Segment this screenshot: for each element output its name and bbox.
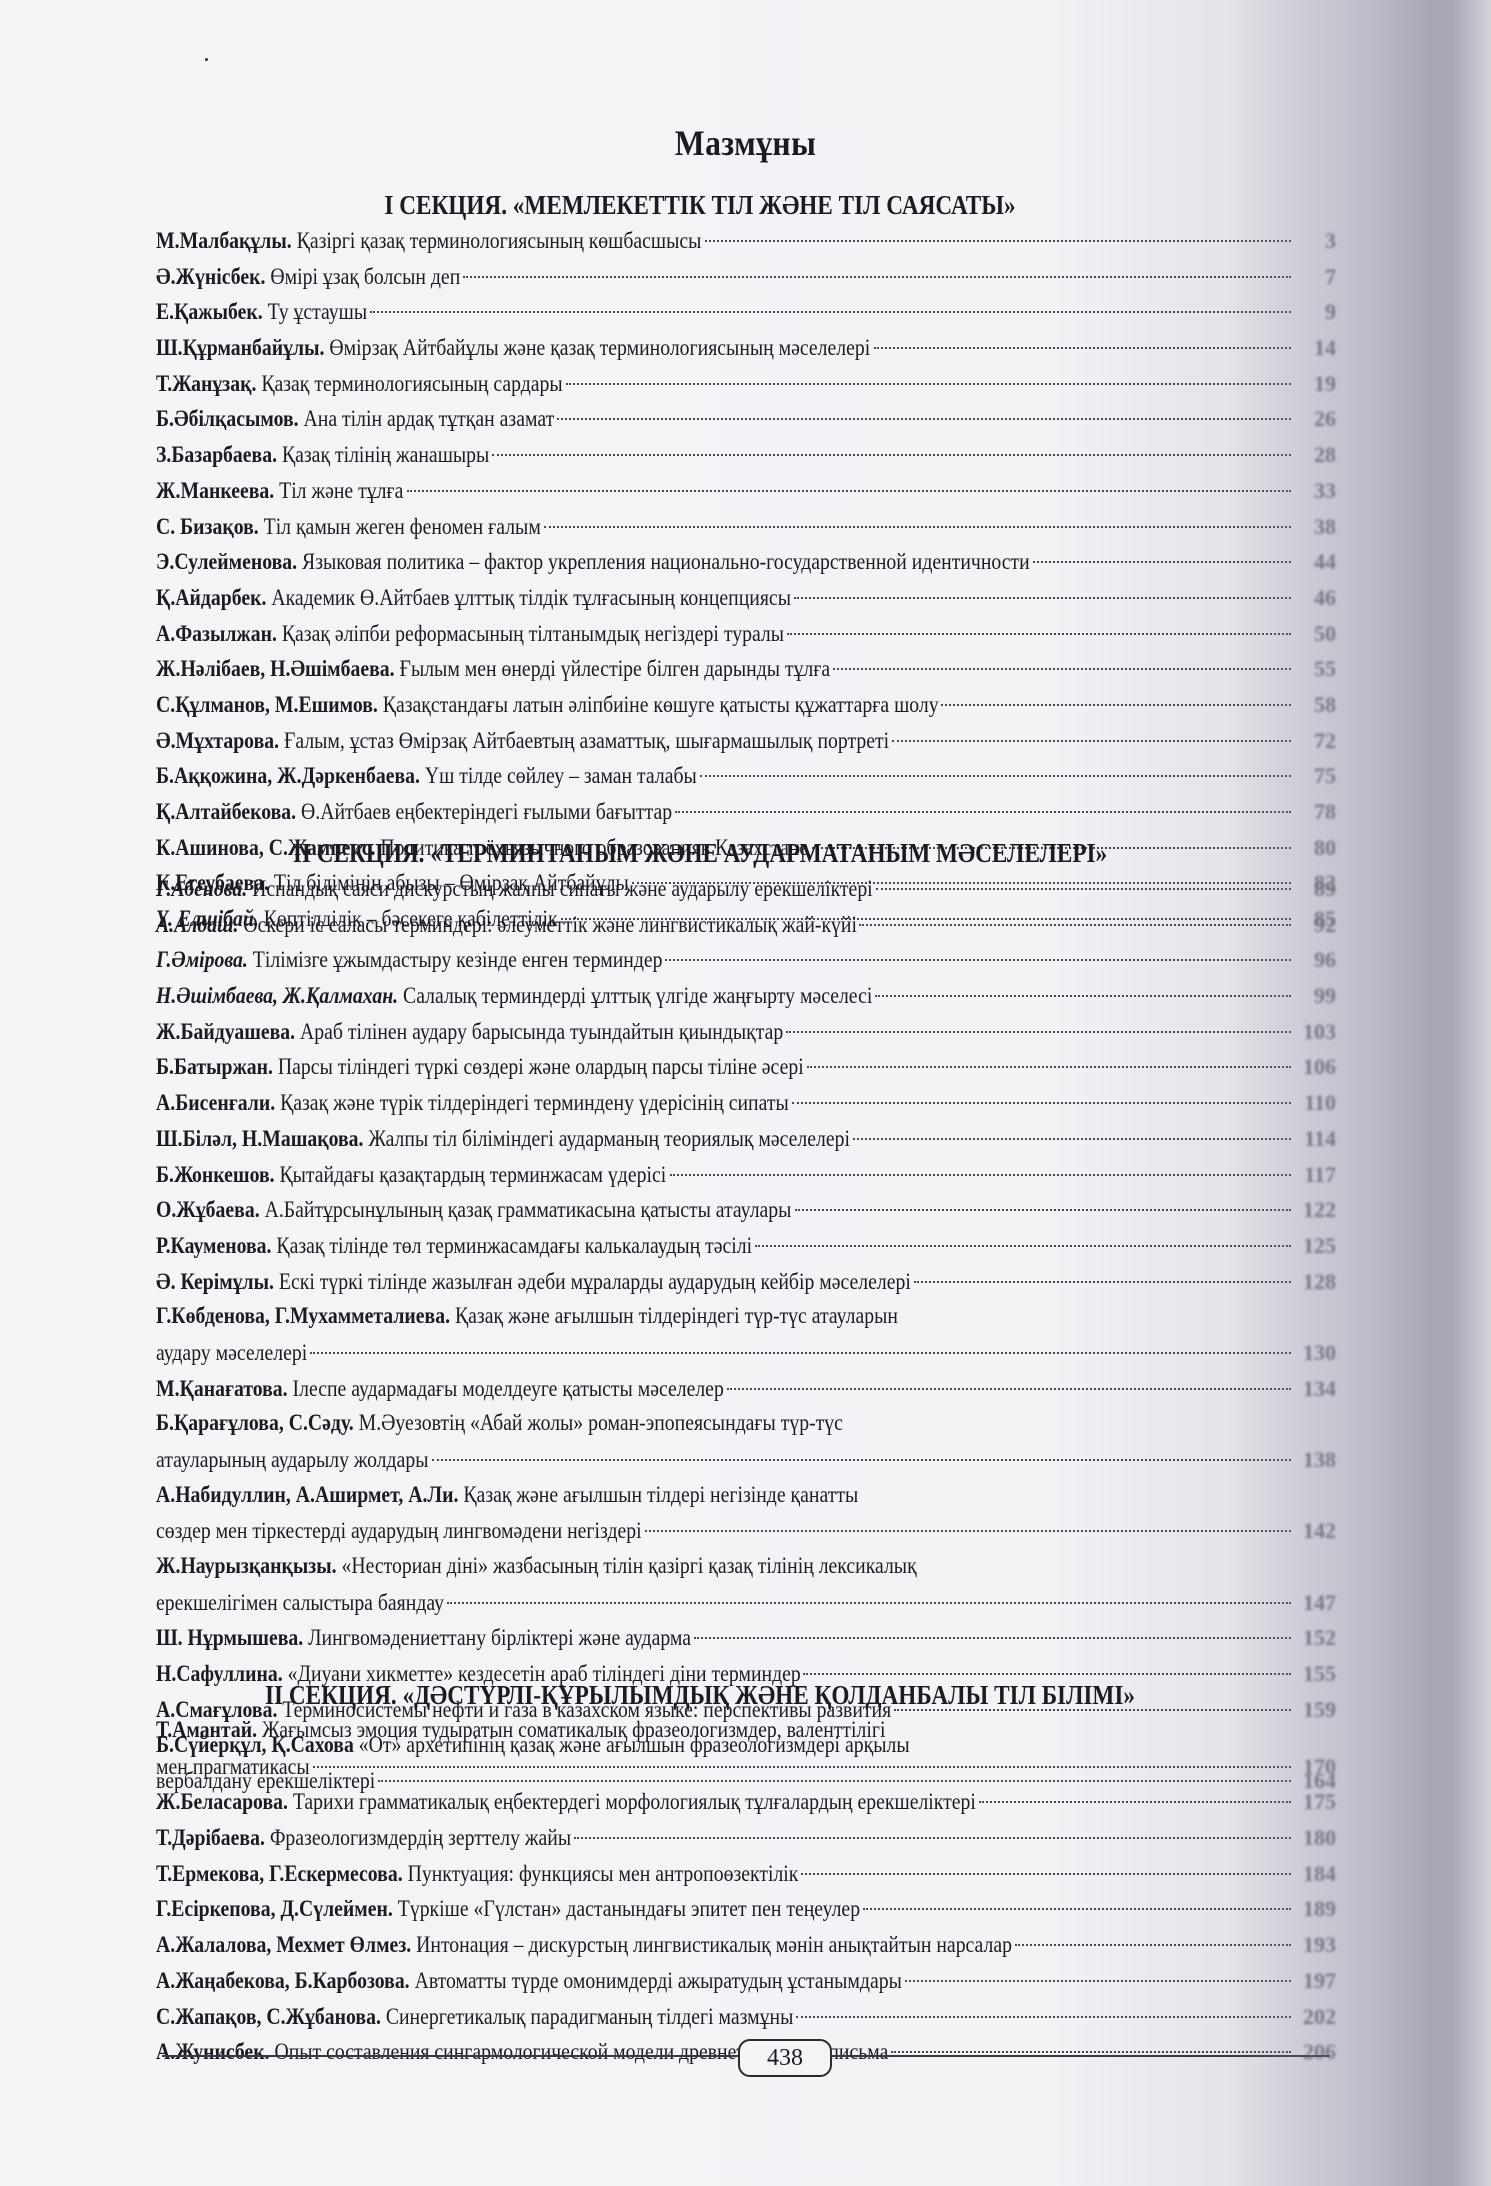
entry-text: А.Набидуллин, А.Аширмет, А.Ли. Қазақ жән… [156, 1478, 858, 1514]
entry-title: Ғалым, ұстаз Өмірзақ Айтбаевтың азаматты… [284, 728, 889, 754]
entry-page-number: 155 [1294, 1656, 1336, 1692]
toc-entry[interactable]: Т.Дәрібаева. Фразеологизмдердің зерттелу… [156, 1820, 1336, 1856]
toc-entry[interactable]: О.Жұбаева. А.Байтұрсынұлының қазақ грамм… [156, 1192, 1336, 1228]
footer-rule-right [830, 2055, 1330, 2057]
section-2-entries: Г.Абенова. Испандық саяси дискурстың жал… [156, 871, 1336, 1799]
entry-page-number: 122 [1294, 1192, 1336, 1228]
dot-leader [794, 597, 1291, 599]
section-3-heading: ІІ СЕКЦИЯ. «ДӘСТҮРЛІ-ҚҰРЫЛЫМДЫҚ ЖӘНЕ ҚОЛ… [227, 1680, 1173, 1711]
entry-text: Г.Әмірова. Тілімізге ұжымдастыру кезінде… [156, 943, 662, 979]
entry-title: Қазақ тілінің жанашыры [282, 442, 489, 468]
dot-leader [807, 1066, 1291, 1068]
toc-entry[interactable]: А.Алдаш. Әскери іс саласы терминдері: әл… [156, 907, 1336, 943]
toc-entry[interactable]: сөздер мен тіркестерді аударудың лингвом… [156, 1513, 1336, 1549]
entry-page-number: 33 [1294, 473, 1336, 509]
entry-text: С.Жапақов, С.Жұбанова. Синергетикалық па… [156, 2000, 793, 2036]
entry-title: Салалық терминдерді ұлттық үлгіде жаңғыр… [403, 983, 872, 1009]
entry-page-number: 106 [1294, 1049, 1336, 1085]
entry-title: Қазақстандағы латын әліпбиіне көшуге қат… [383, 692, 939, 718]
entry-author: Р.Кауменова. [156, 1233, 271, 1259]
dot-leader [700, 775, 1291, 777]
toc-entry[interactable]: Б.Батыржан. Парсы тіліндегі түркі сөздер… [156, 1049, 1336, 1085]
entry-text: сөздер мен тіркестерді аударудың лингвом… [156, 1514, 642, 1550]
entry-author: Г.Абенова. [156, 876, 247, 902]
entry-text: А.Алдаш. Әскери іс саласы терминдері: әл… [156, 908, 857, 944]
toc-entry[interactable]: А.Бисенғали. Қазақ және түрік тілдерінде… [156, 1085, 1336, 1121]
toc-entry[interactable]: С.Құлманов, М.Ешимов. Қазақстандағы латы… [156, 687, 1336, 723]
dot-leader [566, 383, 1291, 385]
dot-leader [941, 704, 1291, 706]
entry-page-number: 96 [1294, 942, 1336, 978]
toc-entry[interactable]: Ә.Жүнісбек. Өмірі ұзақ болсын деп7 [156, 259, 1336, 295]
entry-title: Ескі түркі тілінде жазылған әдеби мұрала… [279, 1269, 911, 1295]
entry-author: Ә.Жүнісбек. [156, 264, 265, 290]
page-number: 438 [738, 2039, 832, 2077]
dot-leader [801, 1873, 1291, 1875]
entry-page-number: 125 [1294, 1228, 1336, 1264]
entry-title: М.Әуезовтің «Абай жолы» роман-эпопеясынд… [359, 1410, 843, 1436]
entry-text: С. Бизақов. Тіл қамын жеген феномен ғалы… [156, 510, 541, 546]
dot-leader [803, 1673, 1291, 1675]
entry-author: Т.Жанұзақ. [156, 371, 256, 397]
entry-page-number: 142 [1294, 1513, 1336, 1549]
entry-title: Академик Ө.Айтбаев ұлттық тілдік тұлғасы… [271, 585, 791, 611]
entry-page-number: 26 [1294, 401, 1336, 437]
entry-page-number: 99 [1294, 978, 1336, 1014]
entry-page-number: 89 [1294, 871, 1336, 907]
toc-entry[interactable]: М.Қанағатова. Ілеспе аудармадағы моделде… [156, 1371, 1336, 1407]
dot-leader [833, 668, 1291, 670]
entry-page-number: 202 [1294, 1999, 1336, 2035]
entry-text: Ш.Біләл, Н.Машақова. Жалпы тіл білімінде… [156, 1122, 850, 1158]
entry-page-number: 72 [1294, 723, 1336, 759]
entry-author: А.Жунисбек. [156, 2039, 270, 2065]
toc-entry[interactable]: Е.Қажыбек. Ту ұстаушы9 [156, 294, 1336, 330]
entry-text: Т.Жанұзақ. Қазақ терминологиясының сарда… [156, 367, 563, 403]
document-page: Мазмұны І СЕКЦИЯ. «МЕМЛЕКЕТТІК ТІЛ ЖӘНЕ … [0, 0, 1491, 2186]
entry-title: Автоматты түрде омонимдерді ажыратудың ұ… [415, 1968, 902, 1994]
toc-entry[interactable]: ерекшелігімен салыстыра баяндау147 [156, 1585, 1336, 1621]
entry-text: Б.Аққожина, Ж.Дәркенбаева. Үш тілде сөйл… [156, 759, 697, 795]
entry-author: Б.Әбілқасымов. [156, 406, 299, 432]
entry-author: Н.Әшімбаева, Ж.Қалмахан. [156, 983, 398, 1009]
entry-author: Е.Қажыбек. [156, 299, 263, 325]
entry-page-number: 117 [1294, 1157, 1336, 1193]
entry-title: Әскери іс саласы терминдері: әлеуметтік … [243, 912, 857, 938]
entry-author: Ш.Құрманбайұлы. [156, 335, 324, 361]
dot-leader [755, 1245, 1291, 1247]
entry-author: С.Құлманов, М.Ешимов. [156, 692, 378, 718]
entry-text: М.Қанағатова. Ілеспе аудармадағы моделде… [156, 1372, 724, 1408]
entry-author: А.Бисенғали. [156, 1090, 275, 1116]
entry-title: Жағымсыз эмоция тудыратын соматикалық фр… [262, 1717, 885, 1743]
toc-entry[interactable]: Ә. Керімұлы. Ескі түркі тілінде жазылған… [156, 1264, 1336, 1300]
entry-author: Б.Батыржан. [156, 1054, 273, 1080]
entry-title: Ілеспе аудармадағы моделдеуге қатысты мә… [293, 1376, 724, 1402]
entry-text: атауларының аударылу жолдары [156, 1443, 428, 1479]
entry-title: Қазақ және түрік тілдеріндегі терминдену… [280, 1090, 789, 1116]
entry-author: А.Фазылжан. [156, 621, 277, 647]
entry-text: Т.Дәрібаева. Фразеологизмдердің зерттелу… [156, 1821, 571, 1857]
toc-entry[interactable]: А.Набидуллин, А.Аширмет, А.Ли. Қазақ жән… [156, 1478, 1336, 1514]
toc-entry[interactable]: Қ.Алтайбекова. Ө.Айтбаев еңбектеріндегі … [156, 794, 1336, 830]
entry-text: Ж.Манкеева. Тіл және тұлға [156, 474, 403, 510]
toc-entry[interactable]: М.Малбақұлы. Қазіргі қазақ терминологияс… [156, 223, 1336, 259]
entry-page-number: 92 [1294, 907, 1336, 943]
entry-author: Қ.Айдарбек. [156, 585, 266, 611]
entry-page-number: 170 [1294, 1749, 1336, 1785]
dot-leader [694, 1637, 1291, 1639]
entry-text: Ш. Нұрмышева. Лингвомәдениеттану бірлікт… [156, 1621, 691, 1657]
entry-page-number: 14 [1294, 330, 1336, 366]
section-1-entries: М.Малбақұлы. Қазіргі қазақ терминологияс… [156, 223, 1336, 937]
entry-title: Үш тілде сөйлеу – заман талабы [425, 763, 697, 789]
entry-author: М.Малбақұлы. [156, 228, 292, 254]
entry-title: Қытайдағы қазақтардың терминжасам үдеріс… [279, 1162, 666, 1188]
entry-title: Қазіргі қазақ терминологиясының көшбасшы… [297, 228, 702, 254]
entry-author: М.Қанағатова. [156, 1376, 288, 1402]
entry-author: А.Жаңабекова, Б.Карбозова. [156, 1968, 410, 1994]
entry-title: Өмірі ұзақ болсын деп [270, 264, 460, 290]
toc-entry[interactable]: мен прагматикасы170 [156, 1749, 1336, 1785]
entry-author: Э.Сулейменова. [156, 549, 297, 575]
dot-leader [463, 276, 1291, 278]
entry-author: Ш. Нұрмышева. [156, 1625, 303, 1651]
entry-author: Т.Дәрібаева. [156, 1825, 265, 1851]
entry-page-number: 75 [1294, 758, 1336, 794]
toc-entry[interactable]: Г.Көбденова, Г.Мухамметалиева. Қазақ жән… [156, 1299, 1336, 1335]
entry-page-number: 193 [1294, 1927, 1336, 1963]
entry-title: аудару мәселелері [156, 1340, 307, 1366]
toc-entry[interactable]: Ж.Беласарова. Тарихи грамматикалық еңбек… [156, 1784, 1336, 1820]
print-speck [205, 58, 208, 61]
entry-text: Б.Қарағұлова, С.Сәду. М.Әуезовтің «Абай … [156, 1406, 843, 1442]
entry-author: Б.Аққожина, Ж.Дәркенбаева. [156, 763, 420, 789]
toc-entry[interactable]: Б.Қарағұлова, С.Сәду. М.Әуезовтің «Абай … [156, 1406, 1336, 1442]
entry-text: О.Жұбаева. А.Байтұрсынұлының қазақ грамм… [156, 1193, 791, 1229]
entry-author: Ж.Нәлібаев, Н.Әшімбаева. [156, 656, 395, 682]
toc-entry[interactable]: Б.Аққожина, Ж.Дәркенбаева. Үш тілде сөйл… [156, 758, 1336, 794]
toc-entry[interactable]: Т.Амантай. Жағымсыз эмоция тудыратын сом… [156, 1713, 1336, 1749]
dot-leader [705, 240, 1291, 242]
entry-title: Жалпы тіл біліміндегі аударманың теориял… [368, 1126, 850, 1152]
entry-text: Ә. Керімұлы. Ескі түркі тілінде жазылған… [156, 1265, 911, 1301]
entry-title: Ө.Айтбаев еңбектеріндегі ғылыми бағыттар [301, 799, 672, 825]
entry-text: Ж.Наурызқанқызы. «Несториан діні» жазбас… [156, 1549, 917, 1585]
toc-entry[interactable]: А.Жалалова, Мехмет Өлмез. Интонация – ди… [156, 1927, 1336, 1963]
entry-text: Г.Есіркепова, Д.Сүлеймен. Түркіше «Гүлст… [156, 1892, 860, 1928]
dot-leader [727, 1388, 1291, 1390]
entry-text: Г.Абенова. Испандық саяси дискурстың жал… [156, 872, 873, 908]
entry-title: Қазақ әліпби реформасының тілтанымдық не… [282, 621, 784, 647]
entry-text: Ш.Құрманбайұлы. Өмірзақ Айтбайұлы және қ… [156, 331, 870, 367]
toc-entry[interactable]: Ж.Наурызқанқызы. «Несториан діні» жазбас… [156, 1549, 1336, 1585]
dot-leader [432, 1459, 1291, 1461]
entry-text: Р.Кауменова. Қазақ тілінде төл терминжас… [156, 1229, 752, 1265]
entry-author: А.Жалалова, Мехмет Өлмез. [156, 1932, 411, 1958]
toc-entry[interactable]: А.Жаңабекова, Б.Карбозова. Автоматты түр… [156, 1963, 1336, 1999]
entry-text: Ә.Жүнісбек. Өмірі ұзақ болсын деп [156, 260, 460, 296]
toc-entry[interactable]: Ә.Мұхтарова. Ғалым, ұстаз Өмірзақ Айтбае… [156, 723, 1336, 759]
entry-author: Ш.Біләл, Н.Машақова. [156, 1126, 363, 1152]
dot-leader [557, 418, 1291, 420]
entry-page-number: 50 [1294, 616, 1336, 652]
entry-text: З.Базарбаева. Қазақ тілінің жанашыры [156, 438, 489, 474]
entry-author: Ж.Байдуашева. [156, 1019, 295, 1045]
entry-page-number: 80 [1294, 830, 1336, 866]
toc-entry[interactable]: Ж.Манкеева. Тіл және тұлға33 [156, 473, 1336, 509]
entry-author: С. Бизақов. [156, 514, 259, 540]
entry-page-number: 147 [1294, 1585, 1336, 1621]
dot-leader [892, 740, 1291, 742]
entry-author: Ж.Манкеева. [156, 478, 274, 504]
dot-leader [544, 526, 1291, 528]
entry-page-number: 38 [1294, 509, 1336, 545]
entry-text: Э.Сулейменова. Языковая политика – факто… [156, 545, 1030, 581]
entry-text: Ж.Беласарова. Тарихи грамматикалық еңбек… [156, 1785, 976, 1821]
toc-entry[interactable]: Б.Әбілқасымов. Ана тілін ардақ тұтқан аз… [156, 401, 1336, 437]
entry-title: Қазақ және ағылшын тілдері негізінде қан… [463, 1482, 858, 1508]
dot-leader [979, 1801, 1291, 1803]
toc-entry[interactable]: Т.Жанұзақ. Қазақ терминологиясының сарда… [156, 366, 1336, 402]
entry-title: Языковая политика – фактор укрепления на… [302, 549, 1030, 575]
dot-leader [914, 1281, 1291, 1283]
entry-page-number: 175 [1294, 1784, 1336, 1820]
entry-title: Өмірзақ Айтбайұлы және қазақ терминологи… [329, 335, 870, 361]
dot-leader [574, 1837, 1291, 1839]
section-1-heading: І СЕКЦИЯ. «МЕМЛЕКЕТТІК ТІЛ ЖӘНЕ ТІЛ САЯС… [227, 190, 1173, 221]
section-2-heading: ІІ СЕКЦИЯ. «ТЕРМИНТАНЫМ ЖӘНЕ АУДАРМАТАНЫ… [227, 838, 1173, 869]
toc-entry[interactable]: Ш.Біләл, Н.Машақова. Жалпы тіл білімінде… [156, 1121, 1336, 1157]
dot-leader [665, 959, 1291, 961]
toc-entry[interactable]: Ж.Байдуашева. Араб тілінен аудару барысы… [156, 1014, 1336, 1050]
entry-title: Тіл және тұлға [279, 478, 403, 504]
toc-entry[interactable]: Б.Жонкешов. Қытайдағы қазақтардың термин… [156, 1157, 1336, 1193]
entry-page-number: 9 [1294, 294, 1336, 330]
entry-author: О.Жұбаева. [156, 1197, 260, 1223]
toc-entry[interactable]: С. Бизақов. Тіл қамын жеген феномен ғалы… [156, 509, 1336, 545]
entry-title: Синергетикалық парадигманың тілдегі мазм… [386, 2004, 794, 2030]
entry-page-number: 130 [1294, 1335, 1336, 1371]
entry-page-number: 114 [1294, 1121, 1336, 1157]
entry-title: Парсы тіліндегі түркі сөздері және олард… [278, 1054, 804, 1080]
entry-text: Ж.Нәлібаев, Н.Әшімбаева. Ғылым мен өнерд… [156, 652, 830, 688]
entry-text: Қ.Айдарбек. Академик Ө.Айтбаев ұлттық ті… [156, 581, 791, 617]
entry-author: Ж.Наурызқанқызы. [156, 1553, 337, 1579]
dot-leader [853, 1138, 1291, 1140]
toc-entry[interactable]: Т.Ермекова, Г.Ескермесова. Пунктуация: ф… [156, 1856, 1336, 1892]
dot-leader [675, 811, 1291, 813]
dot-leader [891, 2051, 1291, 2053]
dot-leader [670, 1174, 1291, 1176]
dot-leader [645, 1530, 1291, 1532]
entry-page-number: 197 [1294, 1963, 1336, 1999]
entry-title: Түркіше «Гүлстан» дастанындағы эпитет пе… [398, 1896, 860, 1922]
dot-leader [407, 490, 1291, 492]
entry-text: Н.Әшімбаева, Ж.Қалмахан. Салалық терминд… [156, 979, 872, 1015]
dot-leader [1033, 561, 1291, 563]
entry-title: А.Байтұрсынұлының қазақ грамматикасына қ… [265, 1197, 792, 1223]
entry-text: Т.Амантай. Жағымсыз эмоция тудыратын сом… [156, 1713, 885, 1749]
entry-title: Ана тілін ардақ тұтқан азамат [304, 406, 555, 432]
entry-text: Е.Қажыбек. Ту ұстаушы [156, 295, 367, 331]
entry-page-number: 152 [1294, 1620, 1336, 1656]
entry-author: Т.Амантай. [156, 1717, 257, 1743]
entry-page-number: 7 [1294, 259, 1336, 295]
toc-entry[interactable]: Ш.Құрманбайұлы. Өмірзақ Айтбайұлы және қ… [156, 330, 1336, 366]
entry-page-number: 19 [1294, 366, 1336, 402]
entry-page-number: 58 [1294, 687, 1336, 723]
entry-text: А.Фазылжан. Қазақ әліпби реформасының ті… [156, 617, 784, 653]
entry-text: Ә.Мұхтарова. Ғалым, ұстаз Өмірзақ Айтбае… [156, 724, 889, 760]
entry-title: Испандық саяси дискурстың жалпы сипаты ж… [252, 876, 873, 902]
entry-text: Б.Батыржан. Парсы тіліндегі түркі сөздер… [156, 1050, 804, 1086]
dot-leader [876, 888, 1291, 890]
entry-author: Қ.Алтайбекова. [156, 799, 296, 825]
entry-title: Қазақ тілінде төл терминжасамдағы калька… [276, 1233, 752, 1259]
dot-leader [786, 1031, 1291, 1033]
entry-page-number: 184 [1294, 1856, 1336, 1892]
dot-leader [863, 1908, 1291, 1910]
entry-text: Б.Әбілқасымов. Ана тілін ардақ тұтқан аз… [156, 402, 554, 438]
toc-entry[interactable]: Ж.Нәлібаев, Н.Әшімбаева. Ғылым мен өнерд… [156, 651, 1336, 687]
entry-text: Т.Ермекова, Г.Ескермесова. Пунктуация: ф… [156, 1857, 798, 1893]
entry-author: Б.Қарағұлова, С.Сәду. [156, 1410, 354, 1436]
toc-title: Мазмұны [89, 122, 1401, 164]
dot-leader [787, 633, 1291, 635]
entry-page-number: 138 [1294, 1442, 1336, 1478]
toc-entry[interactable]: Э.Сулейменова. Языковая политика – факто… [156, 544, 1336, 580]
entry-title: Пунктуация: функциясы мен антропоөзектіл… [408, 1861, 799, 1887]
entry-text: Г.Көбденова, Г.Мухамметалиева. Қазақ жән… [156, 1299, 898, 1335]
toc-entry[interactable]: С.Жапақов, С.Жұбанова. Синергетикалық па… [156, 1999, 1336, 2035]
entry-author: Ж.Беласарова. [156, 1789, 288, 1815]
entry-title: Қазақ және ағылшын тілдеріндегі түр-түс … [455, 1303, 898, 1329]
entry-author: Ә.Мұхтарова. [156, 728, 279, 754]
toc-entry[interactable]: Г.Абенова. Испандық саяси дискурстың жал… [156, 871, 1336, 907]
entry-page-number: 128 [1294, 1264, 1336, 1300]
dot-leader [447, 1602, 1291, 1604]
entry-text: мен прагматикасы [156, 1750, 310, 1786]
dot-leader [313, 1766, 1291, 1768]
entry-text: А.Бисенғали. Қазақ және түрік тілдерінде… [156, 1086, 789, 1122]
entry-author: Ә. Керімұлы. [156, 1269, 274, 1295]
dot-leader [796, 2016, 1291, 2018]
dot-leader [792, 1102, 1291, 1104]
section-3-entries: Т.Амантай. Жағымсыз эмоция тудыратын сом… [156, 1713, 1336, 2070]
entry-text: М.Малбақұлы. Қазіргі қазақ терминологияс… [156, 224, 701, 260]
footer-rule-left [162, 2055, 738, 2057]
entry-title: Ғылым мен өнерді үйлестіре білген дарынд… [400, 656, 831, 682]
entry-text: А.Жаңабекова, Б.Карбозова. Автоматты түр… [156, 1964, 902, 2000]
entry-title: Тіл қамын жеген феномен ғалым [264, 514, 541, 540]
dot-leader [310, 1352, 1291, 1354]
entry-page-number: 28 [1294, 437, 1336, 473]
entry-text: А.Жалалова, Мехмет Өлмез. Интонация – ди… [156, 1928, 1012, 1964]
entry-page-number: 3 [1294, 223, 1336, 259]
entry-title: ерекшелігімен салыстыра баяндау [156, 1590, 444, 1616]
entry-author: С.Жапақов, С.Жұбанова. [156, 2004, 381, 2030]
entry-title: Қазақ терминологиясының сардары [261, 371, 562, 397]
entry-text: ерекшелігімен салыстыра баяндау [156, 1586, 444, 1622]
entry-title: Интонация – дискурстың лингвистикалық мә… [416, 1932, 1012, 1958]
entry-page-number: 180 [1294, 1820, 1336, 1856]
dot-leader [370, 311, 1291, 313]
entry-author: З.Базарбаева. [156, 442, 277, 468]
entry-title: Тарихи грамматикалық еңбектердегі морфол… [293, 1789, 976, 1815]
entry-author: А.Набидуллин, А.Аширмет, А.Ли. [156, 1482, 458, 1508]
entry-page-number: 55 [1294, 651, 1336, 687]
dot-leader [795, 1209, 1291, 1211]
toc-entry[interactable]: Ш. Нұрмышева. Лингвомәдениеттану бірлікт… [156, 1620, 1336, 1656]
entry-author: Г.Әмірова. [156, 947, 248, 973]
entry-title: мен прагматикасы [156, 1754, 310, 1780]
entry-text: С.Құлманов, М.Ешимов. Қазақстандағы латы… [156, 688, 939, 724]
entry-title: Ту ұстаушы [268, 299, 367, 325]
entry-title: сөздер мен тіркестерді аударудың лингвом… [156, 1518, 642, 1544]
toc-entry[interactable]: аудару мәселелері130 [156, 1335, 1336, 1371]
entry-author: А.Алдаш. [156, 912, 238, 938]
toc-entry[interactable]: Г.Есіркепова, Д.Сүлеймен. Түркіше «Гүлст… [156, 1891, 1336, 1927]
entry-author: Г.Көбденова, Г.Мухамметалиева. [156, 1303, 450, 1329]
entry-title: «Несториан діні» жазбасының тілін қазірг… [341, 1553, 916, 1579]
entry-page-number: 78 [1294, 794, 1336, 830]
dot-leader [1015, 1944, 1291, 1946]
toc-entry[interactable]: Н.Әшімбаева, Ж.Қалмахан. Салалық терминд… [156, 978, 1336, 1014]
entry-page-number: 206 [1294, 2034, 1336, 2070]
dot-leader [874, 347, 1291, 349]
dot-leader [859, 924, 1291, 926]
entry-page-number: 134 [1294, 1371, 1336, 1407]
entry-page-number: 44 [1294, 544, 1336, 580]
entry-author: Б.Жонкешов. [156, 1162, 275, 1188]
toc-entry[interactable]: Р.Кауменова. Қазақ тілінде төл терминжас… [156, 1228, 1336, 1264]
entry-page-number: 189 [1294, 1891, 1336, 1927]
entry-page-number: 103 [1294, 1014, 1336, 1050]
entry-title: Лингвомәдениеттану бірліктері және аудар… [308, 1625, 691, 1651]
entry-title: атауларының аударылу жолдары [156, 1447, 428, 1473]
entry-text: Б.Жонкешов. Қытайдағы қазақтардың термин… [156, 1158, 666, 1194]
entry-title: Фразеологизмдердің зерттелу жайы [270, 1825, 571, 1851]
entry-title: Араб тілінен аудару барысында туындайтын… [300, 1019, 783, 1045]
entry-author: Г.Есіркепова, Д.Сүлеймен. [156, 1896, 393, 1922]
entry-text: Қ.Алтайбекова. Ө.Айтбаев еңбектеріндегі … [156, 795, 672, 831]
toc-entry[interactable]: А.Фазылжан. Қазақ әліпби реформасының ті… [156, 616, 1336, 652]
toc-entry[interactable]: З.Базарбаева. Қазақ тілінің жанашыры28 [156, 437, 1336, 473]
entry-page-number: 110 [1294, 1085, 1336, 1121]
entry-title: Тілімізге ұжымдастыру кезінде енген терм… [253, 947, 663, 973]
toc-entry[interactable]: атауларының аударылу жолдары138 [156, 1442, 1336, 1478]
entry-text: аудару мәселелері [156, 1336, 307, 1372]
entry-page-number: 46 [1294, 580, 1336, 616]
toc-entry[interactable]: Г.Әмірова. Тілімізге ұжымдастыру кезінде… [156, 942, 1336, 978]
entry-author: Т.Ермекова, Г.Ескермесова. [156, 1861, 403, 1887]
toc-entry[interactable]: Қ.Айдарбек. Академик Ө.Айтбаев ұлттық ті… [156, 580, 1336, 616]
entry-text: Ж.Байдуашева. Араб тілінен аудару барысы… [156, 1015, 783, 1051]
dot-leader [492, 454, 1291, 456]
dot-leader [875, 995, 1291, 997]
dot-leader [905, 1980, 1291, 1982]
